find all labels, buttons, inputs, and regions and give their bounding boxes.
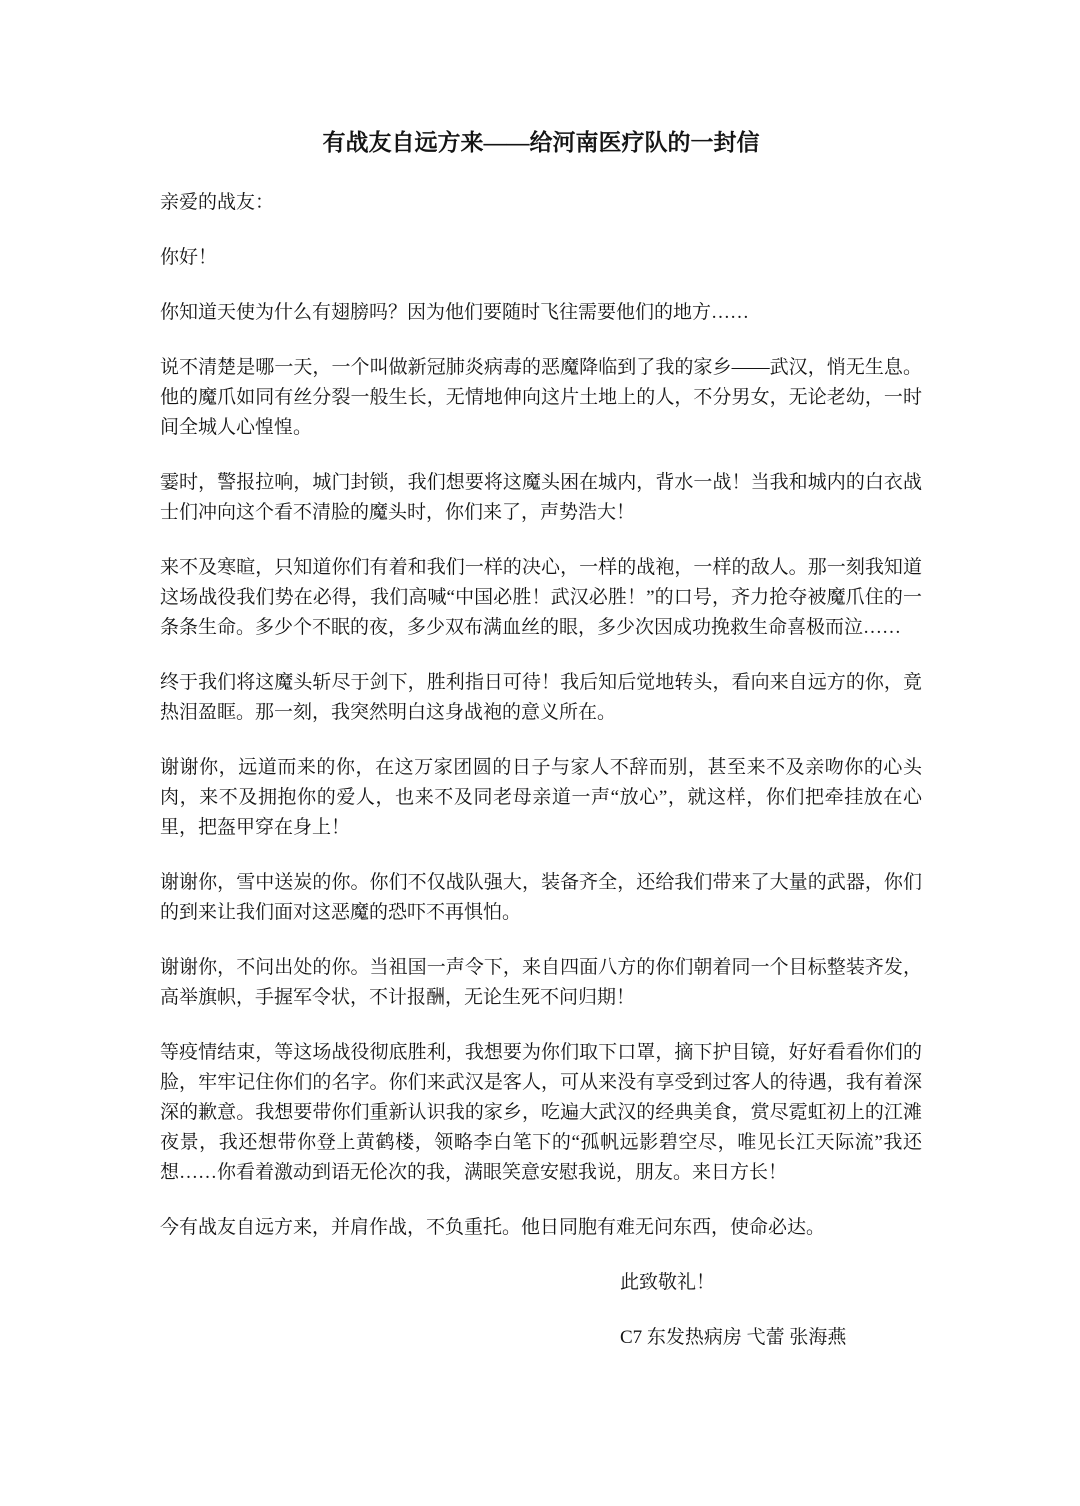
letter-salutation: 亲爱的战友： bbox=[160, 188, 922, 218]
letter-paragraph: 今有战友自远方来，并肩作战，不负重托。他日同胞有难无问东西，使命必达。 bbox=[160, 1213, 922, 1243]
letter-paragraph: 谢谢你，远道而来的你，在这万家团圆的日子与家人不辞而别，甚至来不及亲吻你的心头肉… bbox=[160, 753, 922, 843]
letter-title: 有战友自远方来——给河南医疗队的一封信 bbox=[160, 126, 922, 160]
letter-paragraph: 终于我们将这魔头斩尽于剑下，胜利指日可待！我后知后觉地转头，看向来自远方的你，竟… bbox=[160, 668, 922, 728]
letter-body: 你好！你知道天使为什么有翅膀吗？因为他们要随时飞往需要他们的地方……说不清楚是哪… bbox=[160, 243, 922, 1243]
letter-paragraph: 你知道天使为什么有翅膀吗？因为他们要随时飞往需要他们的地方…… bbox=[160, 298, 922, 328]
letter-paragraph: 谢谢你，不问出处的你。当祖国一声令下，来自四面八方的你们朝着同一个目标整装齐发，… bbox=[160, 953, 922, 1013]
letter-paragraph: 谢谢你，雪中送炭的你。你们不仅战队强大，装备齐全，还给我们带来了大量的武器，你们… bbox=[160, 868, 922, 928]
letter-page: 有战友自远方来——给河南医疗队的一封信 亲爱的战友： 你好！你知道天使为什么有翅… bbox=[0, 0, 1080, 1506]
letter-signature: C7 东发热病房 弋蕾 张海燕 bbox=[620, 1323, 922, 1353]
letter-closing: 此致敬礼！ bbox=[620, 1268, 922, 1298]
letter-paragraph: 说不清楚是哪一天，一个叫做新冠肺炎病毒的恶魔降临到了我的家乡——武汉，悄无生息。… bbox=[160, 353, 922, 443]
letter-paragraph: 你好！ bbox=[160, 243, 922, 273]
letter-paragraph: 等疫情结束，等这场战役彻底胜利，我想要为你们取下口罩，摘下护目镜，好好看看你们的… bbox=[160, 1038, 922, 1188]
letter-paragraph: 来不及寒暄，只知道你们有着和我们一样的决心，一样的战袍，一样的敌人。那一刻我知道… bbox=[160, 553, 922, 643]
letter-paragraph: 霎时，警报拉响，城门封锁，我们想要将这魔头困在城内，背水一战！当我和城内的白衣战… bbox=[160, 468, 922, 528]
